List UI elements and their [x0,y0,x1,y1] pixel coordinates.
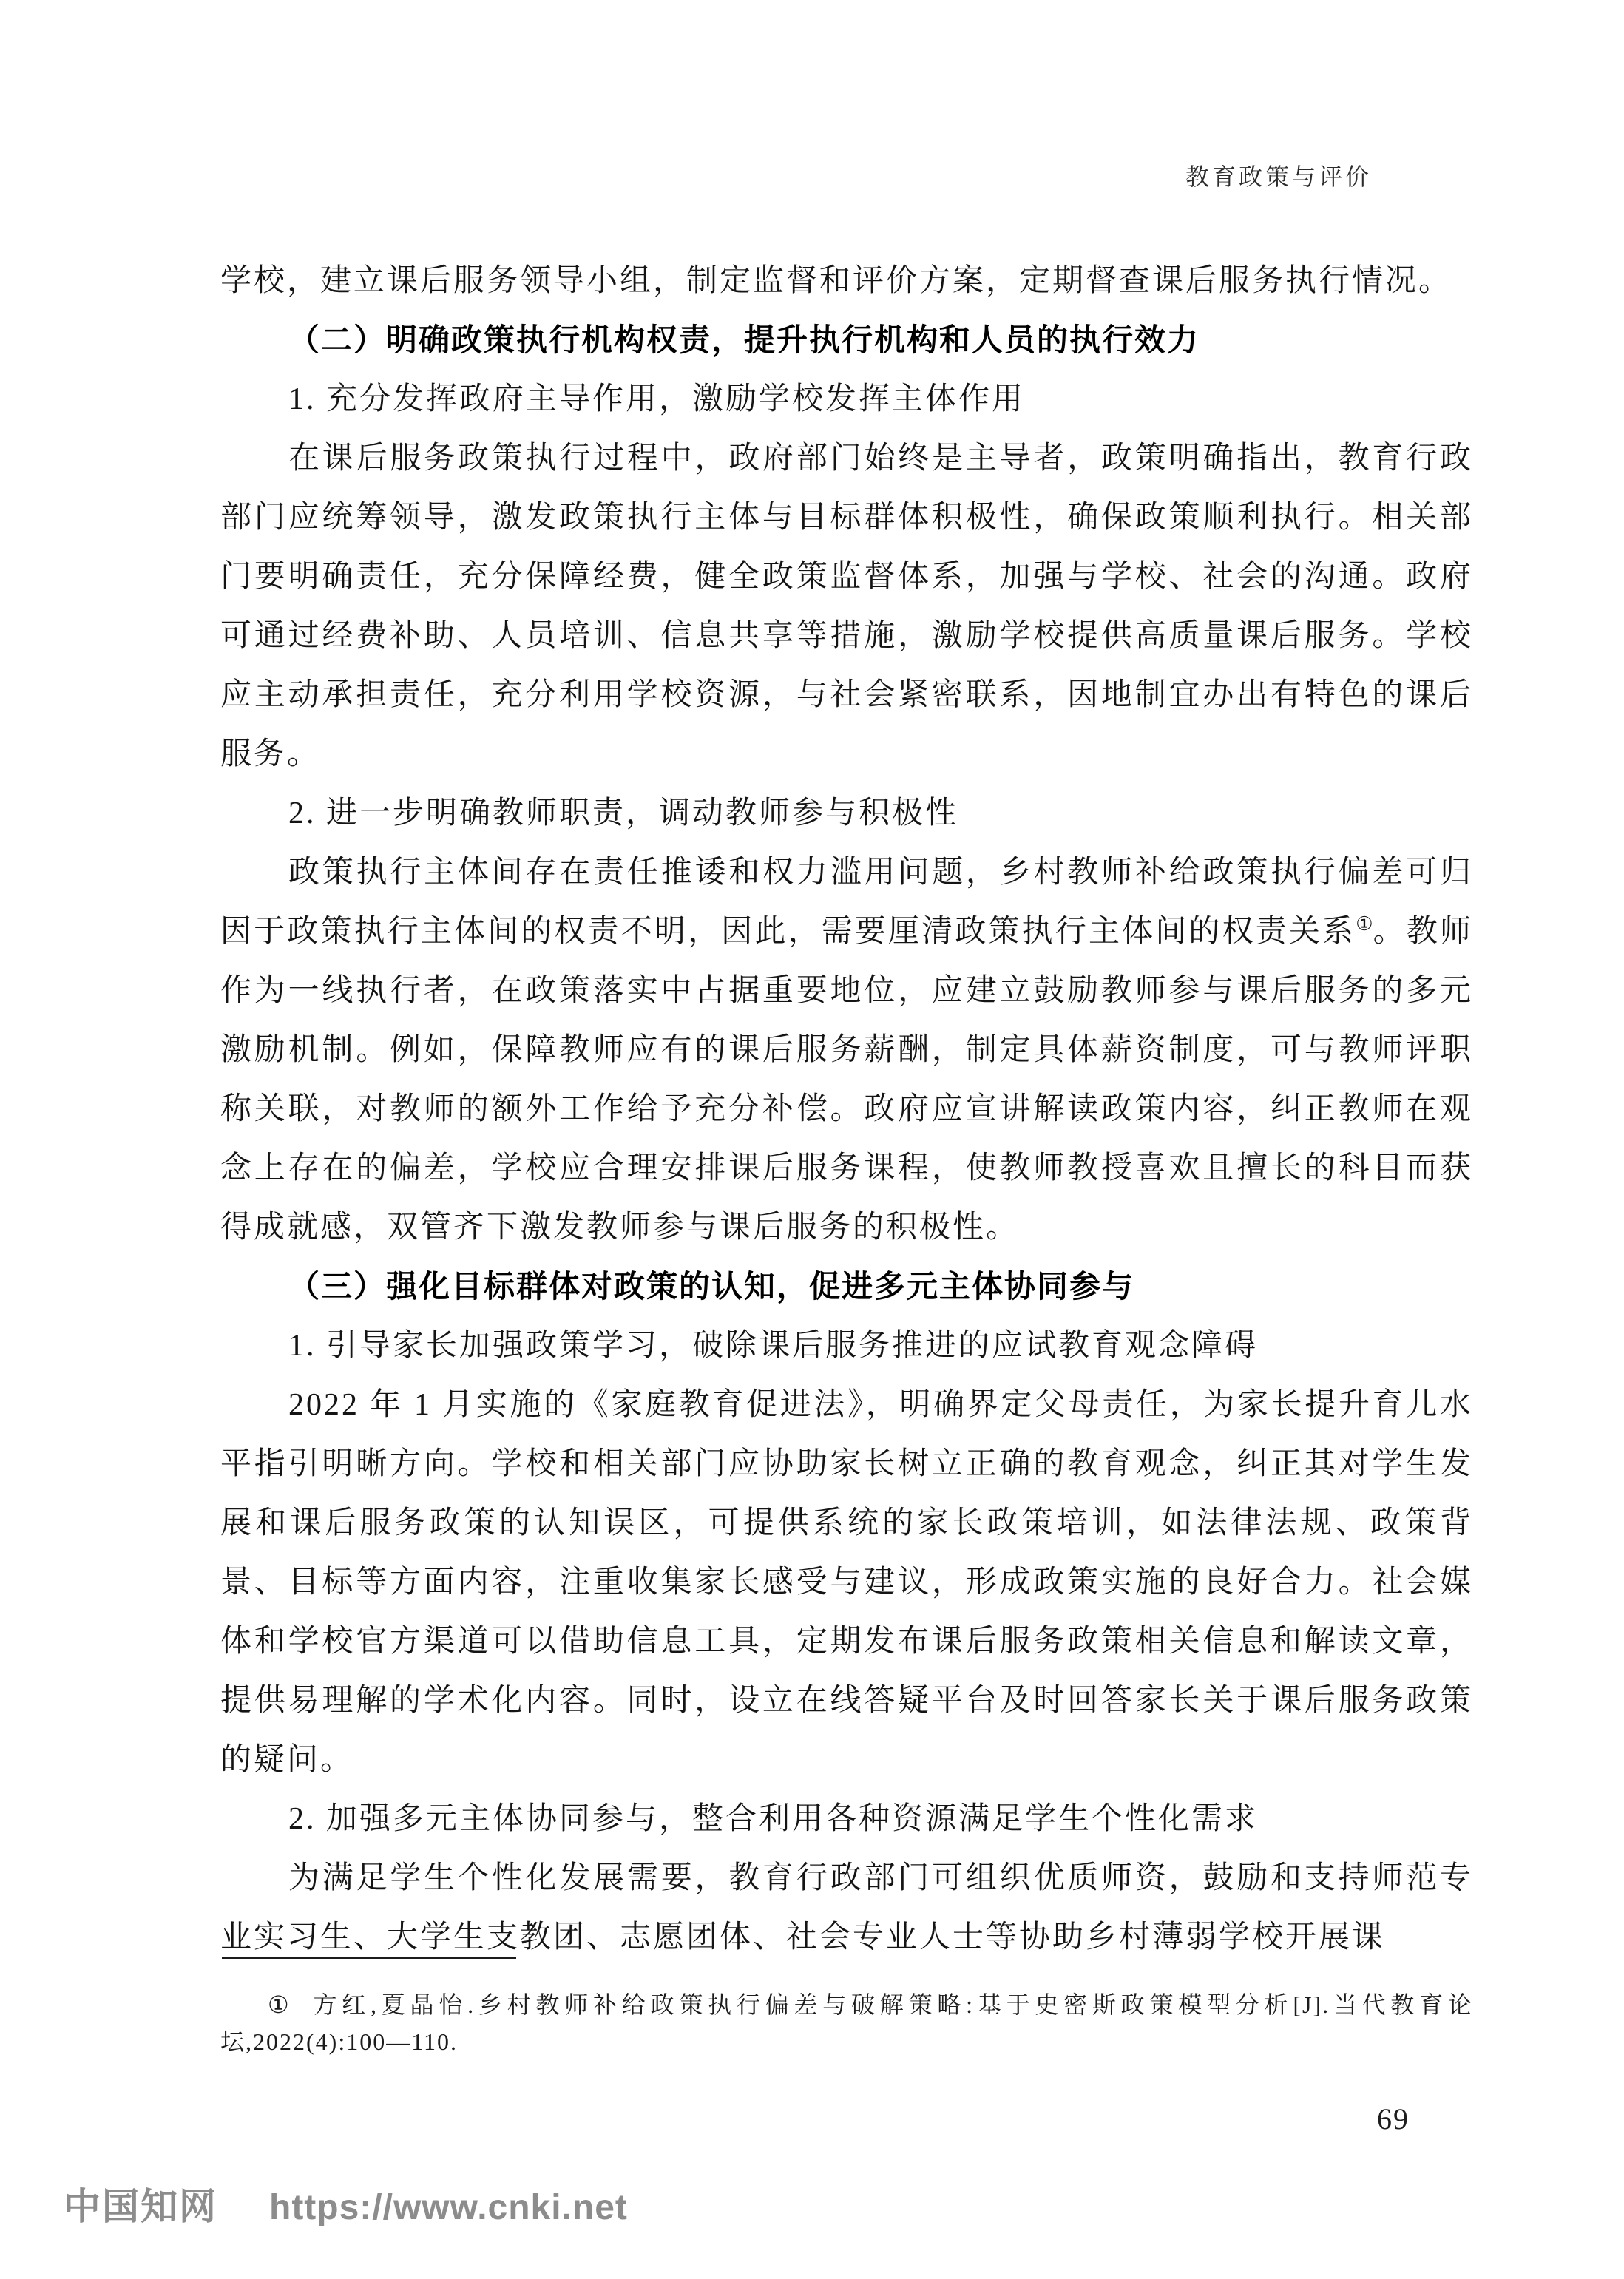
cnki-url: https://www.cnki.net [269,2187,628,2228]
paragraph: 在课后服务政策执行过程中，政府部门始终是主导者，政策明确指出，教育行政部门应统筹… [220,429,1473,784]
page-number: 69 [1377,2102,1410,2136]
running-header: 教育政策与评价 [1185,158,1372,192]
subsection-heading: 1. 充分发挥政府主导作用，激励学校发挥主体作用 [220,370,1473,429]
footnote-divider [222,1957,516,1959]
cnki-logo-text: 中国知网 [64,2177,217,2230]
paragraph: 学校，建立课后服务领导小组，制定监督和评价方案，定期督查课后服务执行情况。 [220,251,1473,311]
paragraph-text: 。教师作为一线执行者，在政策落实中占据重要地位，应建立鼓励教师参与课后服务的多元… [220,915,1473,1245]
paragraph-text: 政策执行主体间存在责任推诿和权力滥用问题，乡村教师补给政策执行偏差可归因于政策执… [220,856,1473,949]
paragraph: 2022 年 1 月实施的《家庭教育促进法》，明确界定父母责任，为家长提升育儿水… [220,1375,1473,1789]
section-heading: （二）明确政策执行机构权责，提升执行机构和人员的执行效力 [220,311,1473,370]
section-heading: （三）强化目标群体对政策的认知，促进多元主体协同参与 [220,1257,1473,1316]
footnote-reference-mark: ① [1356,913,1373,935]
footnote-marker: ① [268,1991,294,2018]
watermark: 中国知网 https://www.cnki.net [64,2177,628,2230]
paragraph: 为满足学生个性化发展需要，教育行政部门可组织优质师资，鼓励和支持师范专业实习生、… [220,1849,1473,1967]
subsection-heading: 1. 引导家长加强政策学习，破除课后服务推进的应试教育观念障碍 [220,1316,1473,1375]
paragraph: 政策执行主体间存在责任推诿和权力滥用问题，乡村教师补给政策执行偏差可归因于政策执… [220,843,1473,1257]
footnote-text: 方红,夏晶怡.乡村教师补给政策执行偏差与破解策略:基于史密斯政策模型分析[J].… [220,1991,1473,2055]
footnote: ①方红,夏晶怡.乡村教师补给政策执行偏差与破解策略:基于史密斯政策模型分析[J]… [220,1986,1473,2060]
subsection-heading: 2. 加强多元主体协同参与，整合利用各种资源满足学生个性化需求 [220,1789,1473,1849]
body-text: 学校，建立课后服务领导小组，制定监督和评价方案，定期督查课后服务执行情况。 （二… [220,251,1473,1967]
document-page: 教育政策与评价 学校，建立课后服务领导小组，制定监督和评价方案，定期督查课后服务… [0,0,1624,2279]
subsection-heading: 2. 进一步明确教师职责，调动教师参与积极性 [220,784,1473,843]
